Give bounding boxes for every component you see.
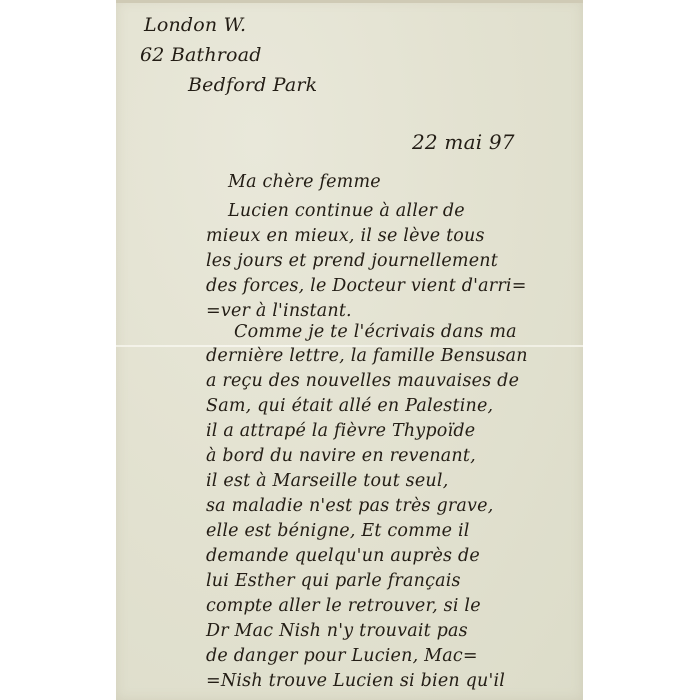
address-line-1: London W. — [144, 14, 246, 36]
letter-line: compte aller le retrouver, si le — [206, 596, 481, 616]
letter-line: elle est bénigne, Et comme il — [206, 521, 470, 541]
letter-line: des forces, le Docteur vient d'arri= — [206, 276, 527, 296]
letter-paper: London W. 62 Bathroad Bedford Park 22 ma… — [116, 0, 583, 700]
letter-line: Dr Mac Nish n'y trouvait pas — [206, 621, 468, 641]
letter-line: il est à Marseille tout seul, — [206, 471, 448, 491]
address-line-2: 62 Bathroad — [140, 44, 262, 66]
letter-line: Comme je te l'écrivais dans ma — [234, 322, 517, 342]
letter-line: dernière lettre, la famille Bensusan — [206, 346, 528, 366]
letter-date: 22 mai 97 — [412, 130, 515, 154]
letter-line: a reçu des nouvelles mauvaises de — [206, 371, 519, 391]
letter-line: sa maladie n'est pas très grave, — [206, 496, 493, 516]
letter-line: =Nish trouve Lucien si bien qu'il — [206, 671, 505, 691]
address-line-3: Bedford Park — [188, 74, 317, 96]
letter-line: les jours et prend journellement — [206, 251, 498, 271]
letter-line: à bord du navire en revenant, — [206, 446, 476, 466]
letter-line: Lucien continue à aller de — [228, 201, 465, 221]
salutation: Ma chère femme — [228, 172, 381, 192]
letter-line: lui Esther qui parle français — [206, 571, 461, 591]
letter-line: il a attrapé la fièvre Thypoïde — [206, 421, 475, 441]
letter-line: de danger pour Lucien, Mac= — [206, 646, 478, 666]
letter-line: Sam, qui était allé en Palestine, — [206, 396, 493, 416]
letter-line: mieux en mieux, il se lève tous — [206, 226, 485, 246]
letter-line: =ver à l'instant. — [206, 301, 352, 321]
letter-line: demande quelqu'un auprès de — [206, 546, 480, 566]
